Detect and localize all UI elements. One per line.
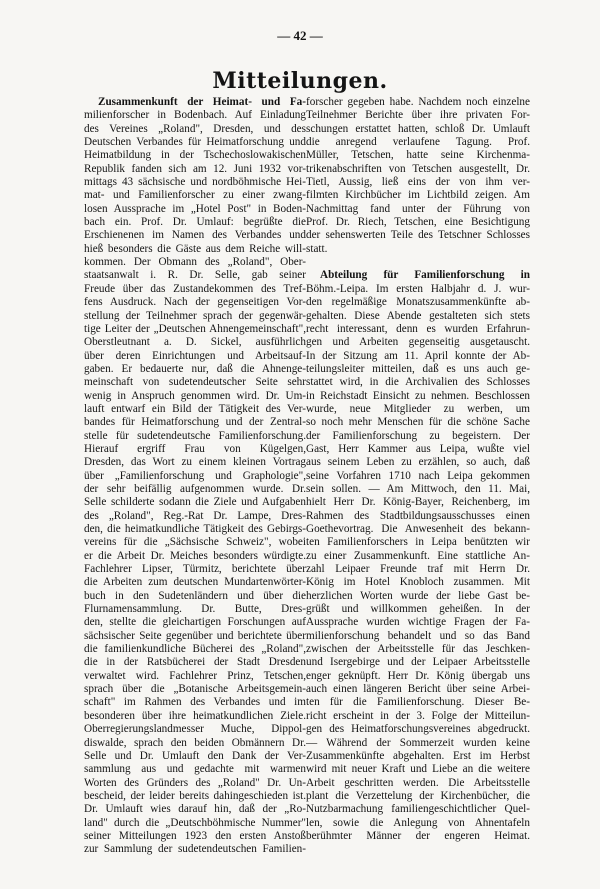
text-line: zur Sammlung der sudetendeutschen Famili…: [84, 843, 306, 856]
text-line: des Vereines „Roland", Dresden, und des: [84, 123, 306, 136]
text-line: Selle und Dr. Umlauft den Dank der Ver-: [84, 750, 306, 763]
text-line: so noch mehr Menschen für die schöne Sac…: [306, 416, 530, 429]
text-line: Nutzbarmachung familiengeschichtlicher Q…: [306, 803, 530, 816]
text-line: losen Aussprache im „Hotel Post" in Bode…: [84, 203, 306, 216]
text-line: auch einen längeren Bericht über seine A…: [306, 683, 530, 696]
text-line: schungen erstattet hatten, schloß Dr. Um…: [306, 123, 530, 136]
text-line: gen und Arbeiten gegenseitig ausgetausch…: [306, 336, 530, 349]
text-line: richt erscheint in der 3. Folge der Mitt…: [306, 710, 530, 723]
text-line: gen des Heimatforschungsvereines abgedru…: [306, 723, 530, 736]
text-line: bandes für Heimatforschung und der Zentr…: [84, 416, 306, 429]
text-line: er die Arbeit Dr. Meiches besonders würd…: [84, 550, 306, 563]
text-line: Oberregierungslandmesser Muche, Dippol-: [84, 723, 306, 736]
text-line: Rahmen des Stadtbildungsausschusses eine…: [306, 510, 530, 523]
text-line: wird mit neuer Kraft und Liebe an die we…: [306, 763, 530, 776]
text-line: Republik fanden sich am 12. Juni 1932 vo…: [84, 163, 306, 176]
text-line: ten für die Familienforschung. Dieser Be…: [306, 696, 530, 709]
text-line: wenig in Anspruch genommen wird. Dr. Um-: [84, 390, 306, 403]
text-line: Freude über das Zustandekommen des Tref-: [84, 283, 306, 296]
text-line: Zusammenkünfte abgehalten. Erst im Herbs…: [306, 750, 530, 763]
left-column: Zusammenkunft der Heimat- und Fa-milienf…: [84, 96, 306, 857]
text-line: Böhm.-Leipa. Im ersten Halbjahr d. J. wu…: [306, 283, 530, 296]
text-line: Aussprache wurden wichtige Fragen der Fa…: [306, 616, 530, 629]
text-line: Fachlehrer Lipser, Türmitz, berichtete ü…: [84, 563, 306, 576]
text-line: Müller, Tetschen, hatte seine Kirchenma-: [306, 149, 530, 162]
text-line: den, die heimatkundliche Tätigkeit des G…: [84, 523, 306, 536]
text-line: Erschienenen im Namen des Verbandes und: [84, 229, 306, 242]
text-line: Oberstleutnant a. D. Sickel, ausführlich: [84, 336, 306, 349]
text-line: Goethevortrag. Die Anwesenheit des bekan…: [306, 523, 530, 536]
text-line: grüßt und willkommen geheißen. In der: [306, 603, 530, 616]
text-line: meinschaft von sudetendeutscher Seite se…: [84, 376, 306, 389]
text-line: besonderen über ihre heimatkundlichen Zi…: [84, 710, 306, 723]
text-line: die in der Ratsbücherei der Stadt Dresde…: [84, 656, 306, 669]
text-line: enger geknüpft. Herr Dr. König übergab u…: [306, 670, 530, 683]
text-line: Abteilung für Familienforschung in: [306, 269, 530, 282]
paragraph-gap: [306, 256, 530, 269]
text-line: herzlichen Worten wurde der liebe Gast b…: [306, 590, 530, 603]
text-line: teilungsleiter mitteilen, daß es uns auc…: [306, 363, 530, 376]
text-line: die familienkundliche Bücherei des „Rola…: [84, 643, 306, 656]
text-line: milienforschung behandelt und so das Ban…: [306, 630, 530, 643]
text-line: stattet wird, in die Archivalien des Sch…: [306, 376, 530, 389]
text-line: der sehr beifällig aufgenommen wurde. Dr…: [84, 483, 306, 496]
text-line: kommen. Der Obmann des „Roland", Ober-: [84, 256, 306, 269]
text-line: bescheid, der leider bereits dahingeschi…: [84, 790, 306, 803]
text-line: stelle für sudetendeutsche Familienforsc…: [84, 430, 306, 443]
text-line: Tietl, Aussig, ließ eins der von ihm ver…: [306, 176, 530, 189]
text-line: lauft entwarf ein Bild der Tätigkeit des…: [84, 403, 306, 416]
text-line: mat- und Familienforscher zu einer zwang…: [84, 189, 306, 202]
text-line: sein sollen. — Am Mittwoch, den 11. Mai,: [306, 483, 530, 496]
text-line: statt.: [306, 243, 530, 256]
text-line: Nachmittag fand unter der Führung von: [306, 203, 530, 216]
text-line: buch in den Sudetenländern und über die: [84, 590, 306, 603]
text-line: vereins für die „Sächsische Schweiz", wo…: [84, 536, 306, 549]
text-line: wurde, neue Mitglieder zu werben, um: [306, 403, 530, 416]
text-line: sammlung aus und gedachte mit warmen: [84, 763, 306, 776]
text-line: sprach über die „Botanische Arbeitsgemei…: [84, 683, 306, 696]
text-line: sächsischer Seite gegenüber und berichte…: [84, 630, 306, 643]
text-line: berühmter Männer der engeren Heimat.: [306, 830, 530, 843]
text-line: trikenabschriften von Tetschen ausgestel…: [306, 163, 530, 176]
text-line: zwischen der Arbeitsstelle für das Jesch…: [306, 643, 530, 656]
text-line: Heimatbildung in der Tschechoslowakische…: [84, 149, 306, 162]
page-title: Mitteilungen.: [0, 68, 600, 94]
text-line: der Familienforschung zu begeistern. Der: [306, 430, 530, 443]
text-line: König im Hotel Knobloch zusammen. Mit: [306, 576, 530, 589]
text-line: tige Leiter der „Deutschen Ahnengemeinsc…: [84, 323, 306, 336]
text-line: verwaltet wird. Fachlehrer Prinz, Tetsch…: [84, 670, 306, 683]
text-line: den, stellte die gleichartigen Forschung…: [84, 616, 306, 629]
text-line: und Isergebirge und der Leipaer Arbeitss…: [306, 656, 530, 669]
text-line: filmten Kirchbücher im Lichtbild zeigen.…: [306, 189, 530, 202]
text-line: den regelmäßige Monatszusammenkünfte ab-: [306, 296, 530, 309]
text-line: mittags 43 sächsische und nordböhmische …: [84, 176, 306, 189]
text-line: Dr. Umlauft wies darauf hin, daß der „Ro…: [84, 803, 306, 816]
text-line: seiner Mitteilungen 1923 den ersten Anst…: [84, 830, 306, 843]
text-line: gaben. Er bedauerte nur, daß die Ahnenge…: [84, 363, 306, 376]
text-line: ten Familienforschers in Leipa benützten…: [306, 536, 530, 549]
text-line: in Reichstadt Einsicht zu nehmen. Beschl…: [306, 390, 530, 403]
text-line: — Während der Sommerzeit wurden keine: [306, 737, 530, 750]
text-line: land" durch die „Deutschböhmische Nummer…: [84, 817, 306, 830]
text-line: der sehenswerten Teile des Tetschner Sch…: [306, 229, 530, 242]
text-line: des „Roland", Reg.-Rat Dr. Lampe, Dres-: [84, 510, 306, 523]
text-line: forscher gegeben habe. Nachdem noch einz…: [306, 96, 530, 109]
text-line: Zusammenkunft der Heimat- und Fa-: [84, 96, 306, 109]
text-line: hielt Herr Dr. König-Bayer, Reichenberg,…: [306, 496, 530, 509]
right-column: forscher gegeben habe. Nachdem noch einz…: [306, 96, 530, 843]
text-line: über deren Einrichtungen und Arbeitsauf-: [84, 350, 306, 363]
text-line: Teilnehmer Berichte über ihre privaten F…: [306, 109, 530, 122]
text-line: Prof. Dr. Riech, Tetschen, eine Besichti…: [306, 216, 530, 229]
text-line: aus seinem Leben zu erzählen, so auch, d…: [306, 456, 530, 469]
text-line: zahl Leipaer Freunde traf mit Herrn Dr.: [306, 563, 530, 576]
text-line: bach ein. Prof. Dr. Umlauf: begrüßte die: [84, 216, 306, 229]
text-line: gehalten. Diese Abende gestalteten sich …: [306, 310, 530, 323]
text-line: zu einer Zusammenkunft. Eine stattliche …: [306, 550, 530, 563]
text-line: Flurnamensammlung. Dr. Butte, Dres-: [84, 603, 306, 616]
text-line: diswalde, sprach den beiden Obmännern Dr…: [84, 737, 306, 750]
text-line: die Arbeiten zum deutschen Mundartenwört…: [84, 576, 306, 589]
text-line: len, sowie die Anlegung von Ahnentafeln: [306, 817, 530, 830]
text-line: fens Ausdruck. Nach der gegenseitigen Vo…: [84, 296, 306, 309]
text-line: über „Familienforschung und Graphologie"…: [84, 470, 306, 483]
text-line: Selle schilderte sodann die Ziele und Au…: [84, 496, 306, 509]
document-page: — 42 — Mitteilungen. Zusammenkunft der H…: [0, 0, 600, 889]
text-line: Hierauf ergriff Frau von Kügelgen,: [84, 443, 306, 456]
text-line: seine Vorfahren 1710 nach Leipa gekommen: [306, 470, 530, 483]
text-line: die anregend verlaufene Tagung. Prof.: [306, 136, 530, 149]
text-line: staatsanwalt i. R. Dr. Selle, gab seiner: [84, 269, 306, 282]
text-line: Deutschen Verbandes für Heimatforschung …: [84, 136, 306, 149]
text-line: Gast, Herr Kammer aus Leipa, wußte viel: [306, 443, 530, 456]
text-line: plant die Verzettelung der Kirchenbücher…: [306, 790, 530, 803]
text-line: In der Sitzung am 11. April konnte der A…: [306, 350, 530, 363]
text-line: Arbeit geschritten werden. Die Arbeitsst…: [306, 777, 530, 790]
text-line: recht interessant, denn es wurden Erfahr…: [306, 323, 530, 336]
text-line: stellung der Teilnehmer sprach der gegen…: [84, 310, 306, 323]
text-line: Dresden, das Wort zu einem kleinen Vortr…: [84, 456, 306, 469]
text-line: schaft" im Rahmen des Verbandes und im: [84, 696, 306, 709]
page-number: — 42 —: [0, 28, 600, 44]
text-line: milienforscher in Bodenbach. Auf Einladu…: [84, 109, 306, 122]
text-line: hieß besonders die Gäste aus dem Reiche …: [84, 243, 306, 256]
text-line: Worten des Gründers des „Roland" Dr. Un-: [84, 777, 306, 790]
